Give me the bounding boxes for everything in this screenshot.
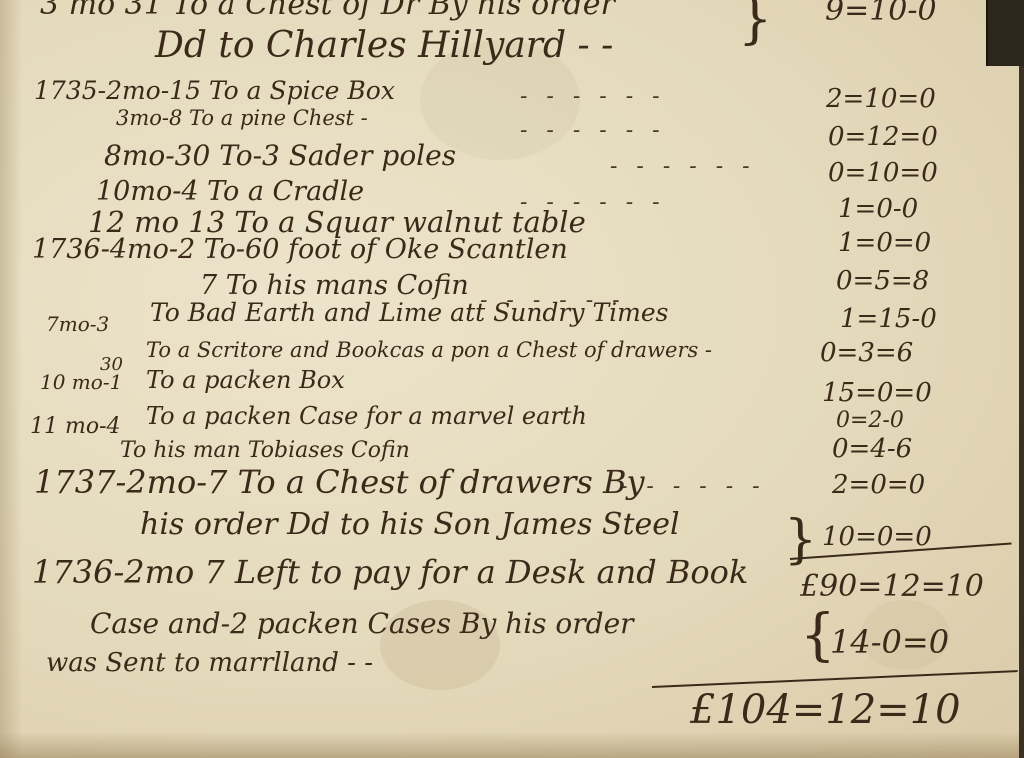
entry-text: 8mo-30 To-3 Sader poles: [104, 142, 456, 170]
book-corner: [986, 0, 1024, 66]
entry-amount: 1=0=0: [838, 230, 931, 256]
entry-amount: 1=15-0: [840, 306, 937, 332]
grand-total: £104=12=10: [690, 690, 961, 730]
entry-amount: 10=0=0: [822, 524, 932, 550]
entry-text: his order Dd to his Son James Steel: [140, 510, 680, 540]
entry-text: 7 To his mans Cofin: [200, 272, 469, 299]
entry-amount: 0=2-0: [836, 410, 904, 432]
page-edge-left: [0, 0, 22, 758]
entry-amount: 15=0=0: [822, 380, 932, 406]
entry-text: 12 mo 13 To a Squar walnut table: [88, 208, 586, 237]
ledger-page: 3 mo 31 To a Chest of Dr By his order } …: [0, 0, 1024, 758]
entry-text: To a Scritore and Bookcas a pon a Chest …: [146, 340, 712, 361]
page-edge-bottom: [0, 732, 1024, 758]
subtotal-amount: £90=12=10: [800, 572, 984, 602]
entry-text: To his man Tobiases Cofin: [120, 440, 410, 462]
dash-fill: - - - - - -: [610, 156, 756, 178]
entry-amount: 14-0=0: [830, 626, 949, 658]
book-edge-right: [1019, 66, 1024, 758]
total-rule: [652, 670, 1018, 688]
entry-amount: 0=4-6: [832, 436, 912, 462]
entry-amount: 2=10=0: [826, 86, 936, 112]
dash-fill: - - - - - -: [520, 120, 666, 142]
entry-text: was Sent to marrlland - -: [46, 650, 373, 676]
entry-amount: 2=0=0: [832, 472, 925, 498]
entry-text: 1735-2mo-15 To a Spice Box: [34, 78, 395, 103]
entry-date: 10 mo-1: [40, 372, 122, 392]
entry-text: 3 mo 31 To a Chest of Dr By his order: [40, 0, 615, 20]
entry-amount: 0=10=0: [828, 160, 938, 186]
entry-date: 7mo-3: [46, 314, 109, 334]
entry-amount: 0=3=6: [820, 340, 913, 366]
entry-text: 1736-4mo-2 To-60 foot of Oke Scantlen: [32, 236, 568, 263]
entry-amount: 9=10-0: [825, 0, 937, 26]
dash-fill: - - - - - -: [520, 86, 666, 108]
entry-text: 10mo-4 To a Cradle: [96, 178, 364, 205]
entry-text: To Bad Earth and Lime att Sundry Times: [150, 300, 668, 325]
entry-text: Case and-2 packen Cases By his order: [90, 610, 634, 638]
entry-text: To a packen Case for a marvel earth: [146, 404, 587, 428]
entry-amount: 0=12=0: [828, 124, 938, 150]
entry-text: 1736-2mo 7 Left to pay for a Desk and Bo…: [32, 556, 748, 588]
entry-text: Dd to Charles Hillyard - -: [155, 28, 613, 64]
entry-text: 1737-2mo-7 To a Chest of drawers By: [34, 466, 645, 498]
entry-date: 11 mo-4: [30, 416, 121, 438]
entry-amount: 0=5=8: [836, 268, 929, 294]
entry-text: To a packen Box: [146, 368, 345, 392]
brace: }: [738, 0, 772, 46]
entry-text: 3mo-8 To a pine Chest -: [116, 108, 368, 129]
entry-amount: 1=0-0: [838, 196, 918, 222]
